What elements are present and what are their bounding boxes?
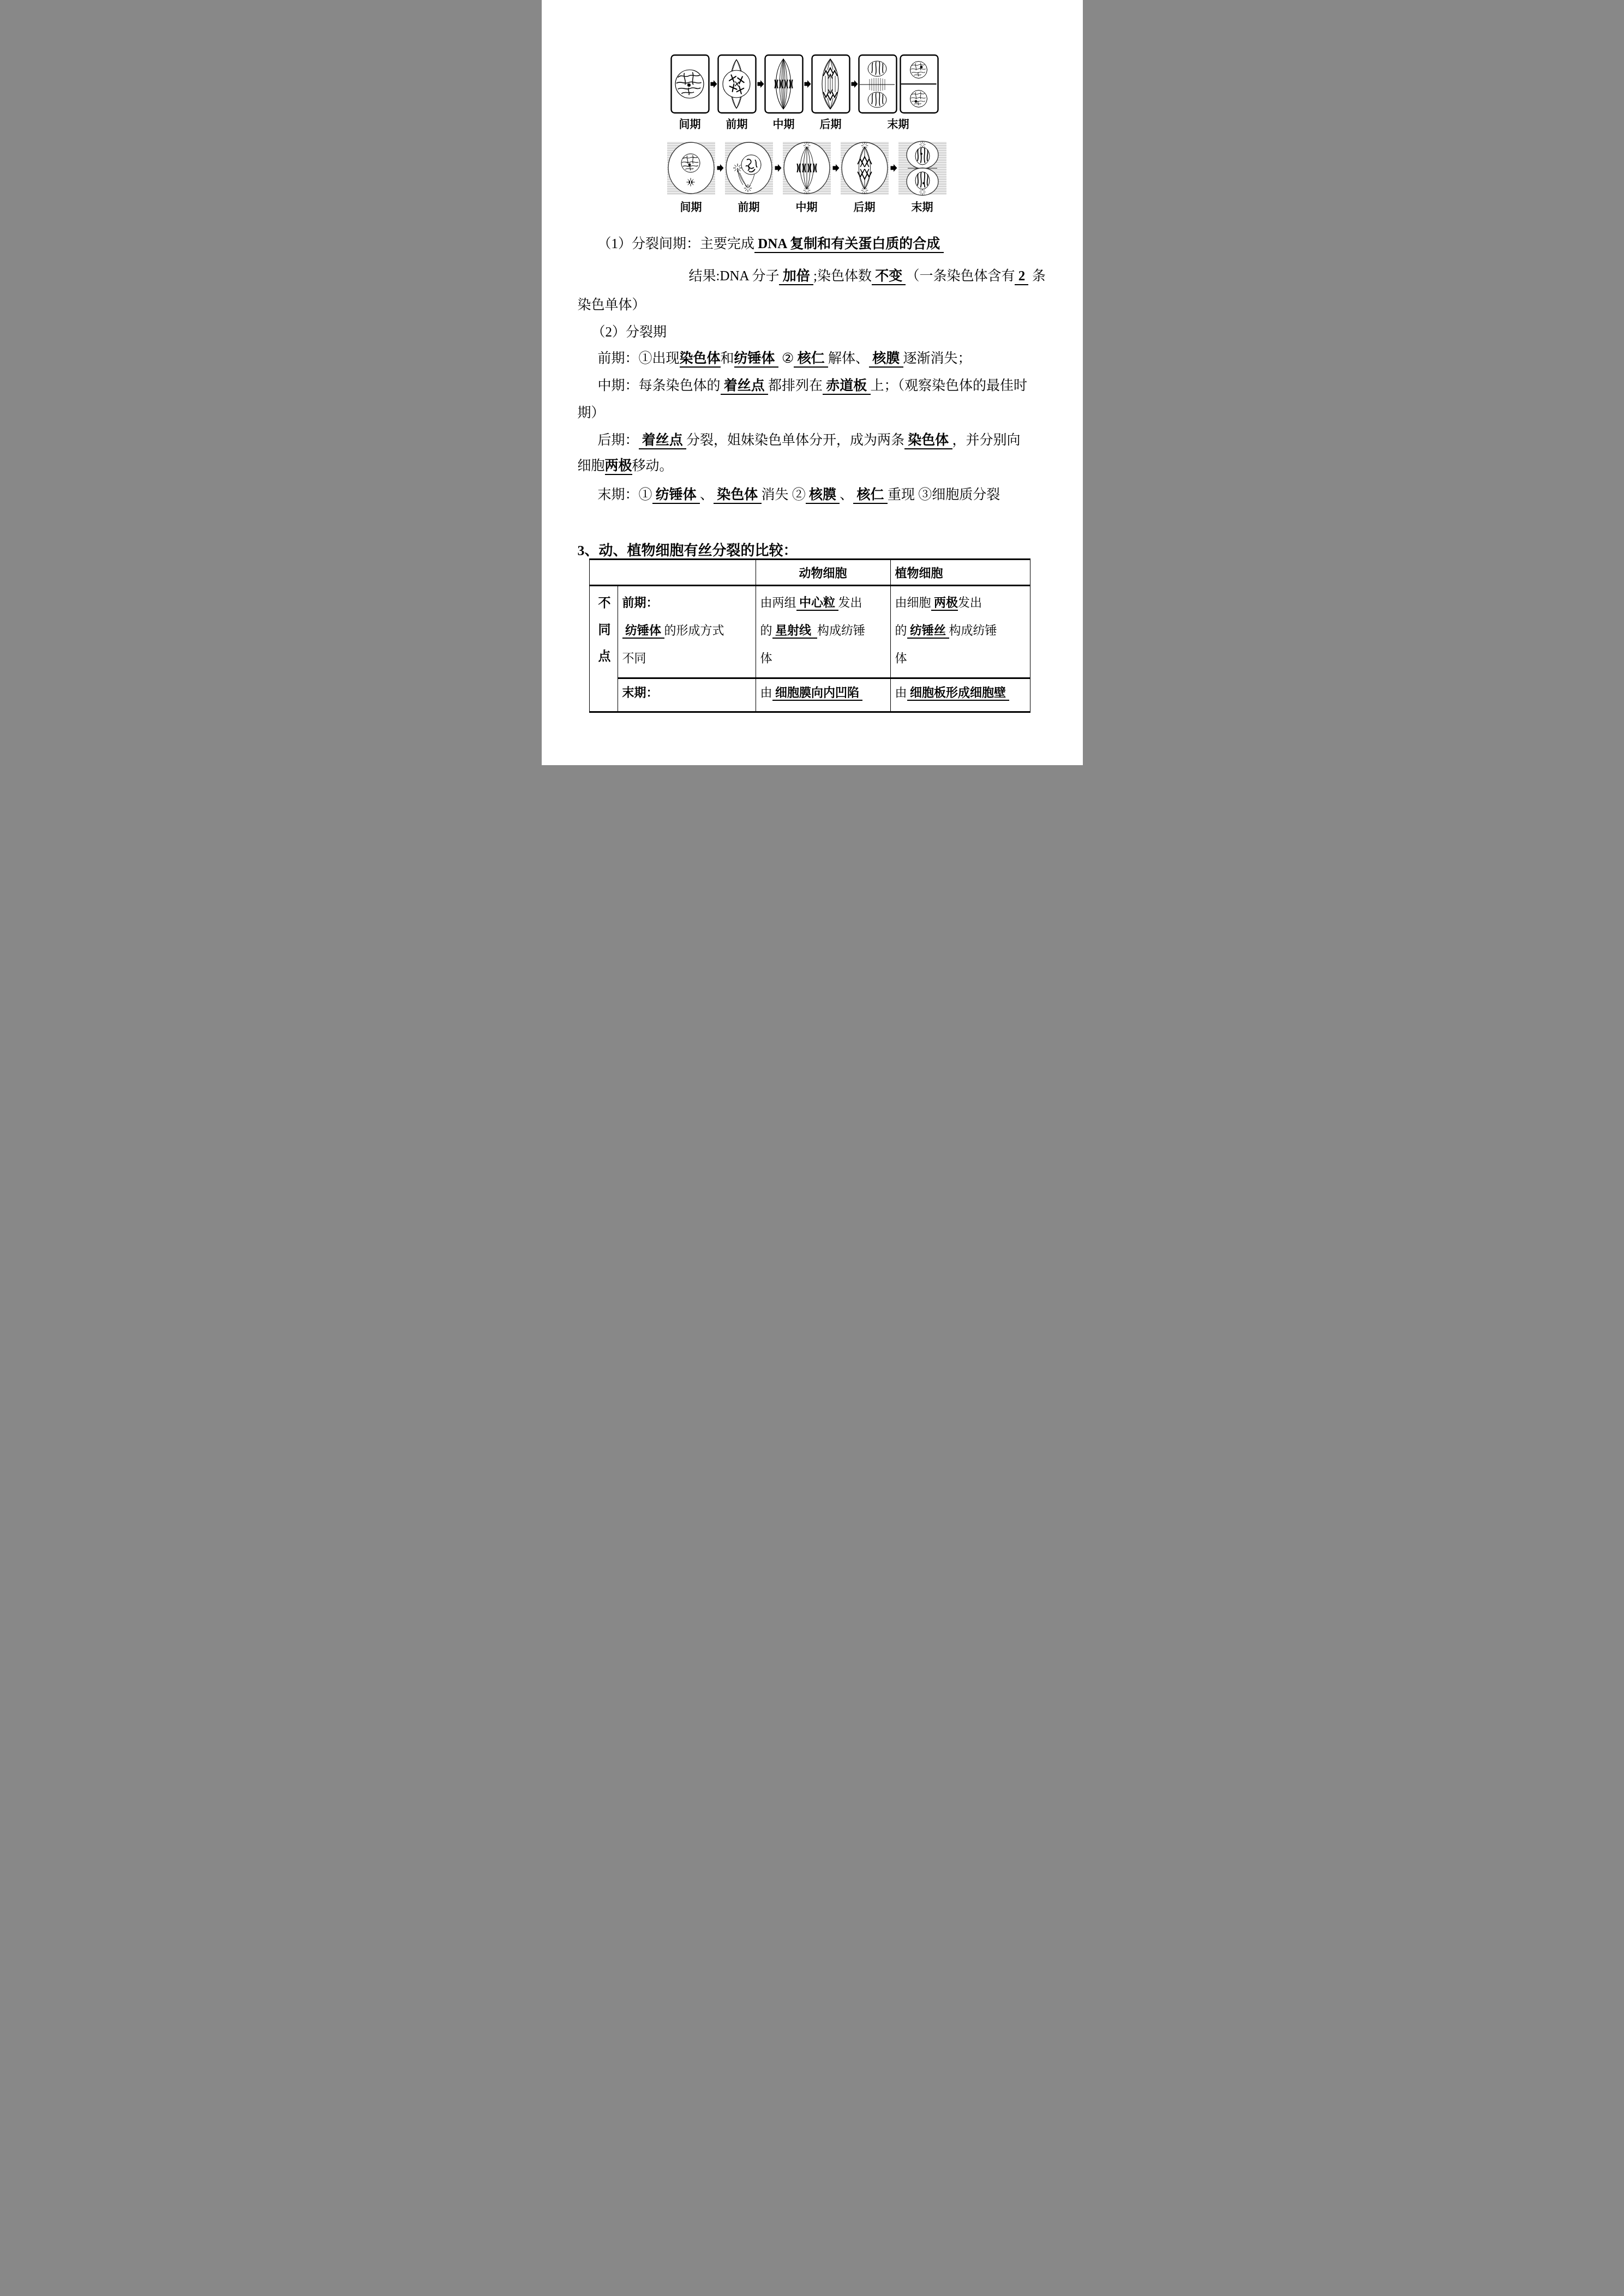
plant-mitosis-diagram: 间期 前期 中期 后期 末期 — [670, 54, 939, 130]
table-row-prophase: 不同点 前期： 纺锤体 的形成方式不同 由两组 中心粒 发出的 星射线 构成纺锤… — [589, 586, 1030, 678]
para-interphase-cont: 染色单体） — [578, 296, 646, 315]
plant-cell-anaphase — [812, 55, 849, 113]
animal-cell-interphase — [667, 142, 715, 195]
cell-telophase-plant: 由 细胞板形成细胞壁 — [890, 678, 1030, 712]
plant-mitosis-svg — [670, 54, 939, 115]
cell-telophase-animal: 由 细胞膜向内凹陷 — [756, 678, 890, 712]
stage-label: 末期 — [888, 116, 909, 131]
animal-mitosis-diagram: 间期 前期 中期 后期 末期 — [666, 140, 948, 215]
cell-prophase-animal: 由两组 中心粒 发出的 星射线 构成纺锤体 — [756, 586, 890, 678]
stage-label: 中期 — [773, 116, 795, 131]
arrow-icon — [890, 164, 897, 172]
plant-cell-interphase — [671, 55, 709, 113]
document-page: 间期 前期 中期 后期 末期 — [542, 0, 1083, 765]
plant-cell-metaphase — [765, 55, 802, 113]
para-prophase: 前期：①出现染色体和纺锤体 ② 核仁 解体、 核膜 逐渐消失； — [598, 349, 972, 369]
header-plant-cell: 植物细胞 — [890, 560, 1030, 586]
plant-cell-prophase — [718, 55, 756, 113]
animal-cell-telophase — [898, 141, 946, 195]
stage-label: 后期 — [820, 116, 842, 131]
animal-cell-prophase — [725, 142, 773, 195]
para-interphase-result: 结果:DNA 分子 加倍 ;染色体数 不变 （一条染色体含有 2 条 — [689, 267, 1046, 286]
arrow-icon — [757, 80, 764, 88]
para-anaphase: 后期： 着丝点 分裂，姐妹染色单体分开，成为两条 染色体 ，并分别向 — [598, 431, 1021, 450]
arrow-icon — [851, 80, 858, 88]
section-heading: 3、动、植物细胞有丝分裂的比较： — [578, 541, 798, 561]
arrow-icon — [717, 164, 723, 172]
cell-difference-label: 不同点 — [589, 586, 618, 712]
para-metaphase-cont: 期） — [578, 404, 605, 423]
header-empty-cell — [589, 560, 756, 586]
stage-label: 前期 — [726, 116, 748, 131]
animal-cell-anaphase — [841, 142, 889, 195]
stage-label: 间期 — [679, 116, 701, 131]
header-animal-cell: 动物细胞 — [756, 560, 890, 586]
stage-label: 间期 — [680, 199, 702, 214]
cell-prophase-plant: 由细胞 两极发出的 纺锤丝 构成纺锤体 — [890, 586, 1030, 678]
arrow-icon — [832, 164, 839, 172]
plant-cell-telophase — [859, 55, 896, 113]
para-interphase-main: （1）分裂间期：主要完成 DNA 复制和有关蛋白质的合成 — [598, 235, 944, 254]
table-header-row: 动物细胞 植物细胞 — [589, 560, 1030, 586]
para-division-heading: （2）分裂期 — [592, 323, 667, 342]
para-anaphase-cont: 细胞两极移动。 — [578, 456, 673, 476]
para-metaphase: 中期：每条染色体的 着丝点 都排列在 赤道板 上；（观察染色体的最佳时 — [598, 376, 1028, 396]
animal-cell-metaphase — [783, 142, 831, 195]
arrow-icon — [710, 80, 717, 88]
para-telophase: 末期：① 纺锤体 、 染色体 消失 ② 核膜 、 核仁 重现 ③细胞质分裂 — [598, 485, 1000, 505]
plant-cell-daughters — [900, 55, 938, 113]
stage-label: 前期 — [738, 199, 760, 214]
arrow-icon — [804, 80, 811, 88]
stage-label: 后期 — [854, 199, 876, 214]
stage-label: 中期 — [796, 199, 818, 214]
comparison-table: 动物细胞 植物细胞 不同点 前期： 纺锤体 的形成方式不同 由两组 中心粒 发出… — [589, 558, 1030, 713]
table-row-telophase: 末期： 由 细胞膜向内凹陷 由 细胞板形成细胞壁 — [589, 678, 1030, 712]
cell-telophase-stage: 末期： — [618, 678, 756, 712]
animal-mitosis-svg — [666, 140, 948, 197]
arrow-icon — [775, 164, 781, 172]
difference-label: 不同点 — [595, 596, 613, 676]
cell-prophase-stage: 前期： 纺锤体 的形成方式不同 — [618, 586, 756, 678]
stage-label: 末期 — [912, 199, 933, 214]
